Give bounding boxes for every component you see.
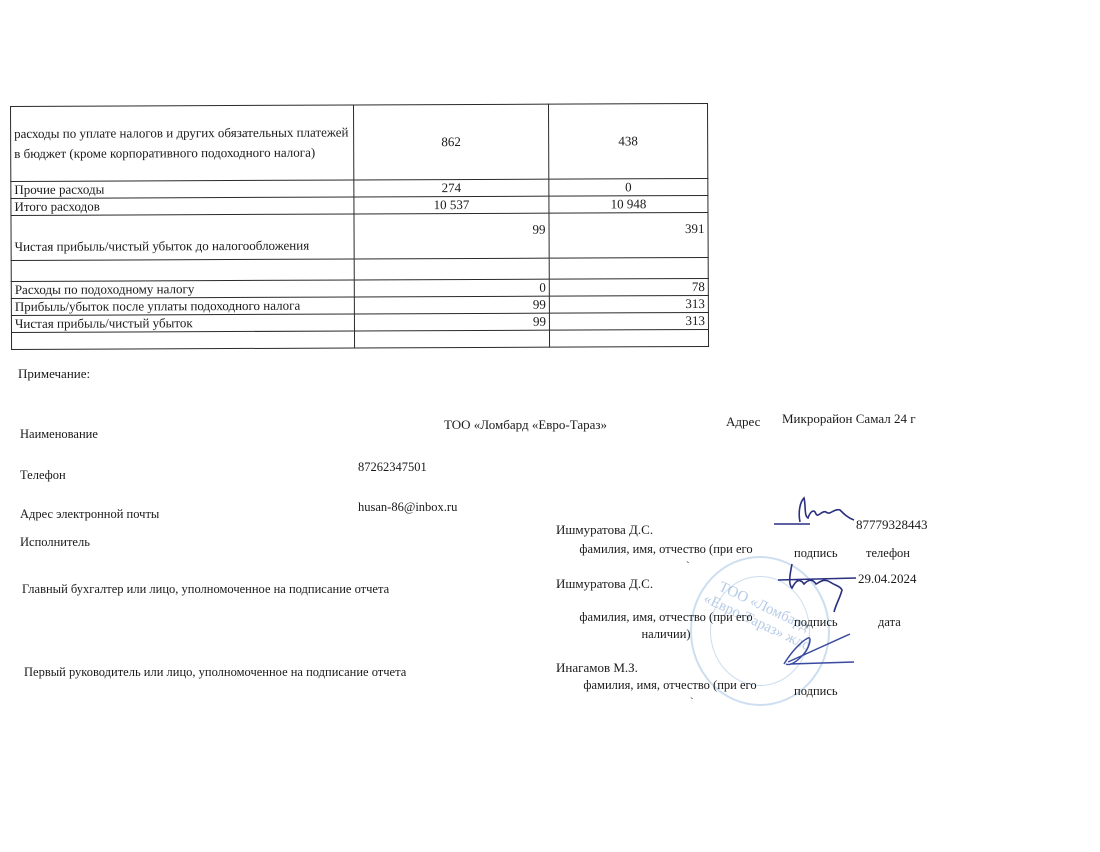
executor-phone-caption: телефон bbox=[866, 545, 910, 562]
name-label: Наименование bbox=[20, 427, 98, 442]
head-fio-caption: фамилия, имя, отчество (при его наличии) bbox=[560, 677, 780, 699]
chief-accountant-signature-icon bbox=[770, 560, 860, 620]
phone-label: Телефон bbox=[20, 468, 66, 483]
value-previous: 10 948 bbox=[549, 195, 708, 213]
address-label: Адрес bbox=[726, 414, 760, 430]
company-name: ТОО «Ломбард «Евро-Тараз» bbox=[444, 417, 607, 433]
value-current: 10 537 bbox=[354, 196, 549, 214]
head-role: Первый руководитель или лицо, уполномоче… bbox=[24, 665, 406, 680]
row-label: Чистая прибыль/чистый убыток до налогооб… bbox=[11, 214, 354, 260]
executor-role: Исполнитель bbox=[20, 535, 90, 550]
row-label: Прибыль/убыток после уплаты подоходного … bbox=[11, 297, 354, 315]
executor-signature-icon bbox=[770, 494, 860, 530]
value-previous bbox=[549, 257, 708, 279]
table-row: расходы по уплате налогов и других обяза… bbox=[11, 103, 708, 181]
value-current: 0 bbox=[354, 279, 549, 297]
row-label bbox=[11, 259, 354, 281]
value-previous: 0 bbox=[549, 178, 708, 196]
value-current: 274 bbox=[354, 179, 549, 197]
head-sign-caption: подпись bbox=[794, 683, 838, 700]
executor-name: Ишмуратова Д.С. bbox=[556, 522, 653, 538]
table-row bbox=[11, 329, 708, 349]
email-label: Адрес электронной почты bbox=[20, 507, 159, 522]
row-label bbox=[11, 331, 354, 349]
report-date: 29.04.2024 bbox=[858, 571, 917, 587]
row-label: расходы по уплате налогов и других обяза… bbox=[11, 105, 354, 181]
value-previous: 78 bbox=[549, 278, 708, 296]
value-current bbox=[354, 330, 549, 348]
table-row: Чистая прибыль/чистый убыток до налогооб… bbox=[11, 212, 708, 260]
head-name: Инагамов М.З. bbox=[556, 660, 638, 676]
table-row bbox=[11, 257, 708, 281]
value-current: 99 bbox=[354, 296, 549, 314]
date-caption: дата bbox=[878, 614, 901, 631]
head-signature-icon bbox=[780, 628, 860, 672]
value-previous: 313 bbox=[549, 295, 708, 313]
value-current: 862 bbox=[353, 104, 548, 180]
executor-fio-caption: фамилия, имя, отчество (при его наличии) bbox=[556, 541, 776, 563]
value-previous: 313 bbox=[549, 312, 708, 330]
executor-phone: 87779328443 bbox=[856, 517, 928, 533]
phone-value: 87262347501 bbox=[358, 460, 427, 475]
chief-accountant-role: Главный бухгалтер или лицо, уполномоченн… bbox=[22, 582, 389, 597]
value-current: 99 bbox=[354, 213, 549, 259]
row-label: Расходы по подоходному налогу bbox=[11, 280, 354, 298]
row-label: Прочие расходы bbox=[11, 180, 354, 198]
value-previous bbox=[549, 329, 708, 347]
chief-accountant-name: Ишмуратова Д.С. bbox=[556, 576, 653, 592]
chief-accountant-fio-caption: фамилия, имя, отчество (при его наличии) bbox=[556, 609, 776, 643]
value-current bbox=[354, 258, 549, 280]
income-statement-table: расходы по уплате налогов и других обяза… bbox=[10, 103, 709, 350]
value-current: 99 bbox=[354, 313, 549, 331]
row-label: Итого расходов bbox=[11, 197, 354, 215]
row-label: Чистая прибыль/чистый убыток bbox=[11, 314, 354, 332]
note-label: Примечание: bbox=[18, 366, 90, 382]
value-previous: 438 bbox=[548, 103, 707, 179]
financial-report-page: расходы по уплате налогов и других обяза… bbox=[0, 0, 1100, 852]
email-value: husan-86@inbox.ru bbox=[358, 500, 457, 515]
value-previous: 391 bbox=[549, 212, 708, 258]
address-value: Микрорайон Самал 24 г bbox=[782, 411, 916, 427]
